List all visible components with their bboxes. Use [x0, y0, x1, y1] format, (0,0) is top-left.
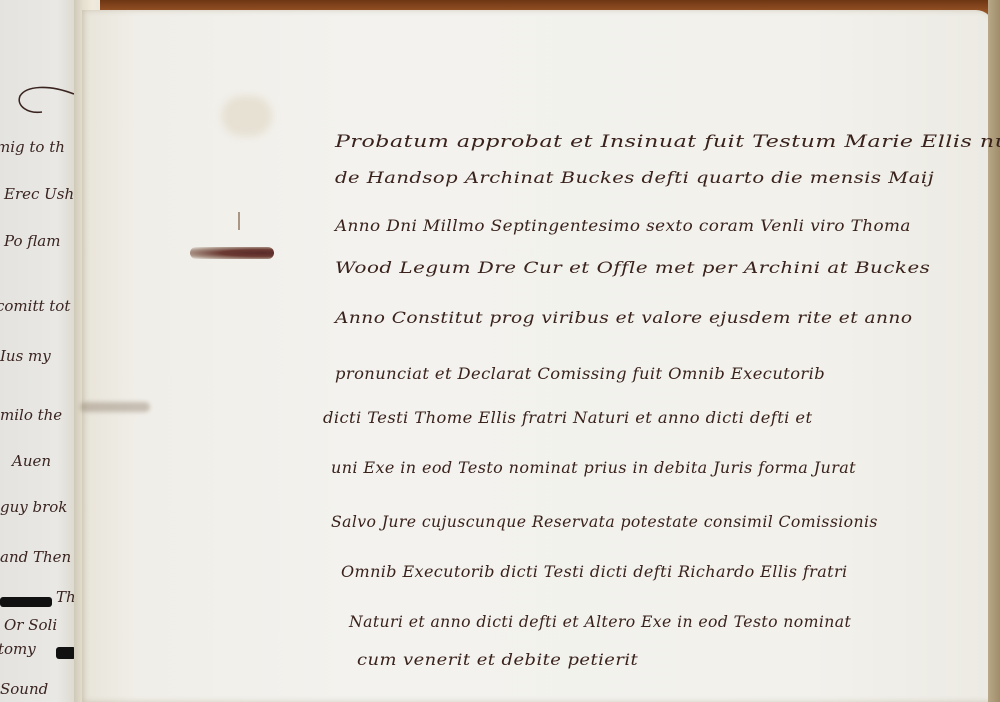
manuscript-photo: mig to th Erec Ush Po flam comitt tot Iu…	[0, 0, 1000, 702]
manuscript-line: uni Exe in eod Testo nominat prius in de…	[331, 458, 856, 477]
verso-fragment: mig to th	[0, 138, 65, 156]
wooden-surface-right	[988, 0, 1000, 702]
verso-fragment: comitt tot	[0, 297, 70, 315]
verso-fragment: tomy	[0, 640, 36, 658]
margin-ink-blot	[190, 247, 274, 259]
recto-page	[82, 10, 994, 702]
ink-strike	[0, 597, 52, 607]
verso-fragment: Po flam	[4, 232, 60, 250]
manuscript-line: Anno Constitut prog viribus et valore ej…	[335, 308, 912, 327]
manuscript-line: dicti Testi Thome Ellis fratri Naturi et…	[323, 408, 812, 427]
margin-stain	[80, 402, 150, 412]
verso-fragment: guy brok	[0, 498, 67, 516]
verso-fragment: Erec Ush	[4, 185, 74, 203]
verso-fragment: Ius my	[0, 347, 51, 365]
margin-ink-tick	[238, 212, 240, 230]
manuscript-line: Probatum approbat et Insinuat fuit Testu…	[335, 132, 1000, 152]
flourish-icon	[8, 82, 78, 122]
manuscript-line: Wood Legum Dre Cur et Offle met per Arch…	[335, 258, 930, 277]
manuscript-line: pronunciat et Declarat Comissing fuit Om…	[335, 364, 825, 383]
ink-strike	[56, 647, 76, 659]
manuscript-line: Omnib Executorib dicti Testi dicti defti…	[341, 562, 848, 581]
paper-stain	[222, 96, 272, 136]
verso-fragment: Sound	[0, 680, 48, 698]
verso-fragment: milo the	[0, 406, 62, 424]
verso-fragment: and Then	[0, 548, 71, 566]
manuscript-line: Naturi et anno dicti defti et Altero Exe…	[349, 612, 851, 631]
manuscript-line: cum venerit et debite petierit	[357, 650, 638, 669]
verso-page: mig to th Erec Ush Po flam comitt tot Iu…	[0, 0, 82, 702]
verso-fragment: Auen	[12, 452, 51, 470]
manuscript-line: Salvo Jure cujuscunque Reservata potesta…	[331, 512, 878, 531]
manuscript-line: Anno Dni Millmo Septingentesimo sexto co…	[335, 216, 911, 235]
verso-fragment: Or Soli	[4, 616, 57, 634]
manuscript-line: de Handsop Archinat Buckes defti quarto …	[335, 168, 934, 187]
